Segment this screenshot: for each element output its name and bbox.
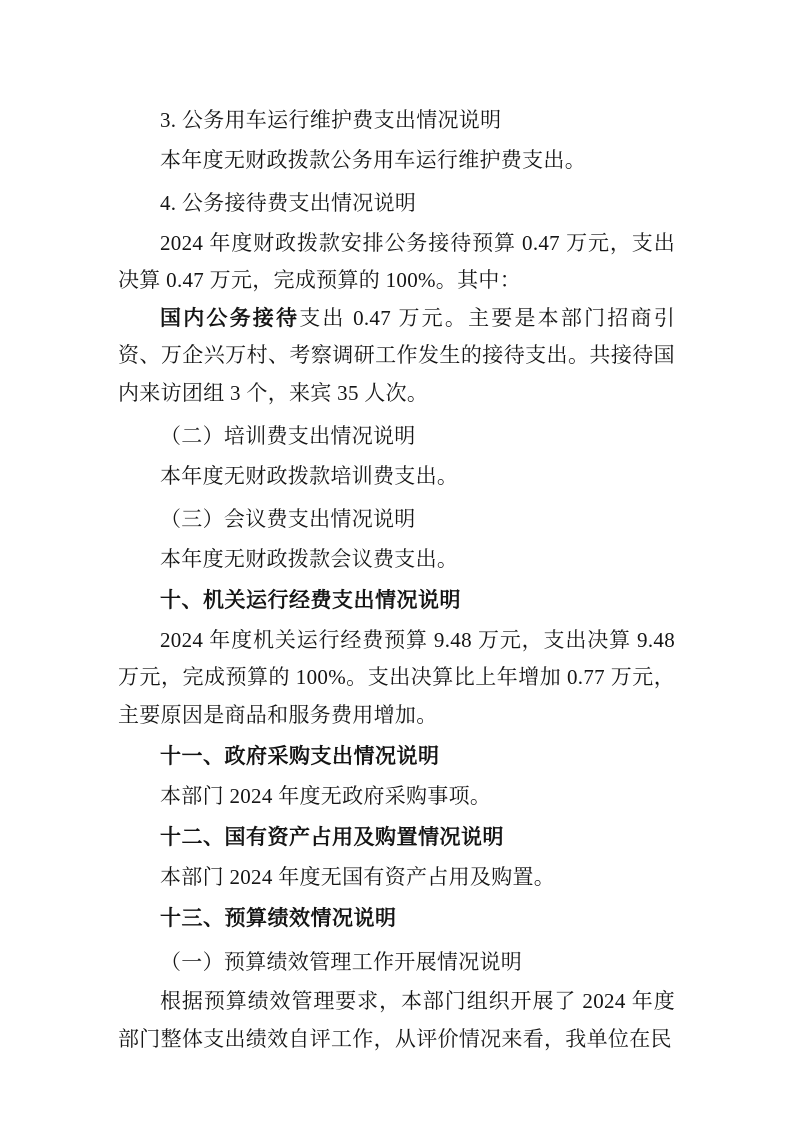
subheading-training-expense: （二）培训费支出情况说明 [118, 418, 675, 456]
subheading-reception-expense: 4. 公务接待费支出情况说明 [118, 185, 675, 223]
heading-section-11-gov-procurement: 十一、政府采购支出情况说明 [118, 738, 675, 776]
para-meeting-expense-note: 本年度无财政拨款会议费支出。 [118, 541, 675, 579]
para-state-assets-note: 本部门 2024 年度无国有资产占用及购置。 [118, 859, 675, 897]
document-text-block: 3. 公务用车运行维护费支出情况说明 本年度无财政拨款公务用车运行维护费支出。 … [118, 96, 675, 1058]
domestic-reception-bold-label: 国内公务接待 [160, 306, 299, 330]
para-performance-self-evaluation: 根据预算绩效管理要求，本部门组织开展了 2024 年度部门整体支出绩效自评工作，… [118, 983, 675, 1058]
para-training-expense-note: 本年度无财政拨款培训费支出。 [118, 458, 675, 496]
heading-section-12-state-assets: 十二、国有资产占用及购置情况说明 [118, 819, 675, 857]
heading-section-13-budget-performance: 十三、预算绩效情况说明 [118, 900, 675, 938]
para-domestic-reception: 国内公务接待支出 0.47 万元。主要是本部门招商引资、万企兴万村、考察调研工作… [118, 300, 675, 413]
subheading-performance-management: （一）预算绩效管理工作开展情况说明 [118, 944, 675, 982]
subheading-meeting-expense: （三）会议费支出情况说明 [118, 501, 675, 539]
para-gov-procurement-note: 本部门 2024 年度无政府采购事项。 [118, 778, 675, 816]
para-operating-cost-detail: 2024 年度机关运行经费预算 9.48 万元，支出决算 9.48 万元，完成预… [118, 622, 675, 735]
para-reception-budget: 2024 年度财政拨款安排公务接待预算 0.47 万元，支出决算 0.47 万元… [118, 225, 675, 300]
heading-section-10-operating-cost: 十、机关运行经费支出情况说明 [118, 582, 675, 620]
document-page: 3. 公务用车运行维护费支出情况说明 本年度无财政拨款公务用车运行维护费支出。 … [0, 0, 793, 1122]
para-vehicle-expense-note: 本年度无财政拨款公务用车运行维护费支出。 [118, 142, 675, 180]
subheading-vehicle-expense: 3. 公务用车运行维护费支出情况说明 [118, 102, 675, 140]
